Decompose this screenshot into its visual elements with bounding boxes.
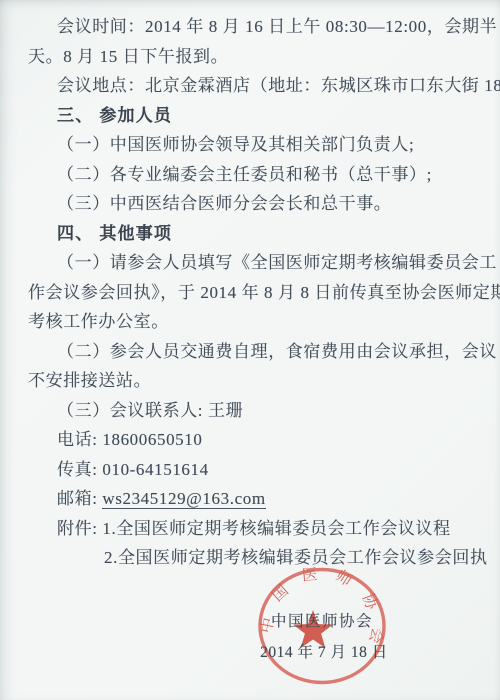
text-line: （三）中西医结合医师分会会长和总干事。 [28,189,476,219]
text-line-content: （三）会议联系人: 王珊 [57,401,243,420]
text-line: （一）中国医师协会领导及其相关部门负责人; [28,130,476,160]
text-line: 作会议参会回执》，于 2014 年 8 月 8 日前传真至协会医师定期 [28,278,476,308]
text-line: 不安排接送站。 [28,366,476,396]
text-line-content: （三）中西医结合医师分会会长和总干事。 [57,194,391,213]
text-line-content: 邮箱: [57,489,102,508]
text-line: 附件: 1.全国医师定期考核编辑委员会工作会议议程 [28,514,476,544]
text-line-content: 作会议参会回执》，于 2014 年 8 月 8 日前传真至协会医师定期 [28,283,500,302]
text-line: （二）参会人员交通费自理，食宿费用由会议承担，会议 [28,337,476,367]
text-line-content: （一）请参会人员填写《全国医师定期考核编辑委员会工 [57,253,497,272]
text-line: （三）会议联系人: 王珊 [28,396,476,426]
text-line-content: （二）参会人员交通费自理，食宿费用由会议承担，会议 [57,342,497,361]
text-line-content: （一）中国医师协会领导及其相关部门负责人; [57,135,414,154]
text-line: 会议地点：北京金霖酒店（地址：东城区珠市口东大街 18 号） [28,71,476,101]
text-line: 考核工作办公室。 [28,307,476,337]
text-line: （一）请参会人员填写《全国医师定期考核编辑委员会工 [28,248,476,278]
email-address: ws2345129@163.com [102,489,265,509]
signature-date: 2014 年 7 月 18 日 [260,640,388,662]
text-line-content: 附件: 1.全国医师定期考核编辑委员会工作会议议程 [57,519,451,538]
text-line-content: 考核工作办公室。 [28,312,169,331]
signature-org: 中国医师协会 [271,609,373,631]
text-line-content: 传真: 010-64151614 [57,460,209,479]
text-line-content: 不安排接送站。 [28,371,151,390]
text-line: 会议时间：2014 年 8 月 16 日上午 08:30—12:00，会期半 [28,12,476,42]
text-line: 2.全国医师定期考核编辑委员会工作会议参会回执 [28,543,476,573]
text-line-content: 2.全国医师定期考核编辑委员会工作会议参会回执 [104,548,488,567]
text-line-content: 天。8 月 15 日下午报到。 [28,47,228,66]
text-line: 传真: 010-64151614 [28,455,476,485]
text-line-content: 电话: 18600650510 [57,430,202,449]
text-line-content: 会议地点：北京金霖酒店（地址：东城区珠市口东大街 18 号） [57,76,500,95]
document-body: 会议时间：2014 年 8 月 16 日上午 08:30—12:00，会期半天。… [28,12,476,573]
scanned-document-page: 会议时间：2014 年 8 月 16 日上午 08:30—12:00，会期半天。… [0,0,500,700]
text-line: 电话: 18600650510 [28,425,476,455]
text-line: 邮箱: ws2345129@163.com [28,484,476,514]
text-line: 天。8 月 15 日下午报到。 [28,42,476,72]
text-line: 三、 参加人员 [28,101,476,131]
text-line-content: 三、 参加人员 [57,106,172,125]
text-line: 四、 其他事项 [28,219,476,249]
text-line-content: 会议时间：2014 年 8 月 16 日上午 08:30—12:00，会期半 [57,17,497,36]
text-line-content: 四、 其他事项 [57,224,172,243]
text-line-content: （二）各专业编委会主任委员和秘书（总干事）; [57,165,432,184]
text-line: （二）各专业编委会主任委员和秘书（总干事）; [28,160,476,190]
